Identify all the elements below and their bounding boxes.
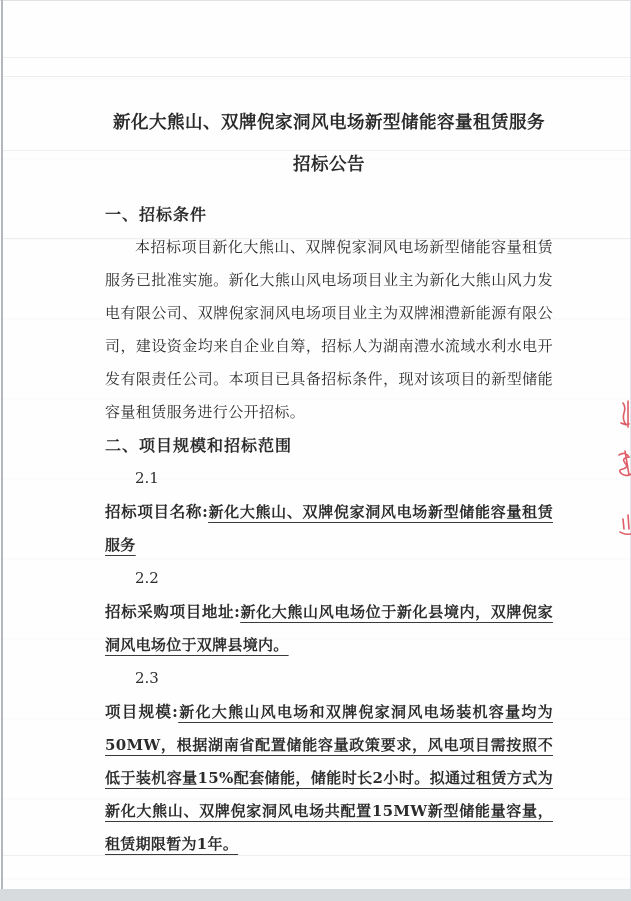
document-content: 新化大熊山、双牌倪家洞风电场新型储能容量租赁服务 招标公告 一、招标条件 本招标… — [0, 0, 631, 861]
document-title: 新化大熊山、双牌倪家洞风电场新型储能容量租赁服务 招标公告 — [105, 102, 553, 186]
clause-number: 2.1 — [105, 462, 553, 495]
clause-2-1: 2.1 招标项目名称:新化大熊山、双牌倪家洞风电场新型储能容量租赁服务 — [105, 462, 553, 562]
scan-bottom-shadow — [0, 889, 631, 901]
section2-heading: 二、项目规模和招标范围 — [105, 429, 553, 462]
clause-2-3: 2.3 项目规模:新化大熊山风电场和双牌倪家洞风电场装机容量均为50MW，根据湖… — [105, 662, 553, 861]
document-title-line1: 新化大熊山、双牌倪家洞风电场新型储能容量租赁服务 — [105, 102, 553, 144]
clause-text: 招标采购项目地址:新化大熊山风电场位于新化县境内，双牌倪家洞风电场位于双牌县境内… — [105, 595, 553, 662]
clause-label: 招标项目名称: — [105, 502, 208, 521]
clause-text: 招标项目名称:新化大熊山、双牌倪家洞风电场新型储能容量租赁服务 — [105, 495, 553, 562]
clause-label: 招标采购项目地址: — [105, 602, 240, 621]
clause-value: 新化大熊山风电场和双牌倪家洞风电场装机容量均为50MW，根据湖南省配置储能容量政… — [105, 703, 553, 853]
clause-2-2: 2.2 招标采购项目地址:新化大熊山风电场位于新化县境内，双牌倪家洞风电场位于双… — [105, 562, 553, 662]
document-title-line2: 招标公告 — [105, 144, 553, 186]
clause-number: 2.2 — [105, 562, 553, 595]
section1-heading: 一、招标条件 — [105, 198, 553, 231]
section1-paragraph: 本招标项目新化大熊山、双牌倪家洞风电场新型储能容量租赁服务已批准实施。新化大熊山… — [105, 231, 553, 429]
clause-label: 项目规模: — [105, 702, 178, 721]
scanned-document-page: 新化大熊山、双牌倪家洞风电场新型储能容量租赁服务 招标公告 一、招标条件 本招标… — [0, 0, 631, 901]
clause-number: 2.3 — [105, 662, 553, 695]
clause-text: 项目规模:新化大熊山风电场和双牌倪家洞风电场装机容量均为50MW，根据湖南省配置… — [105, 695, 553, 861]
